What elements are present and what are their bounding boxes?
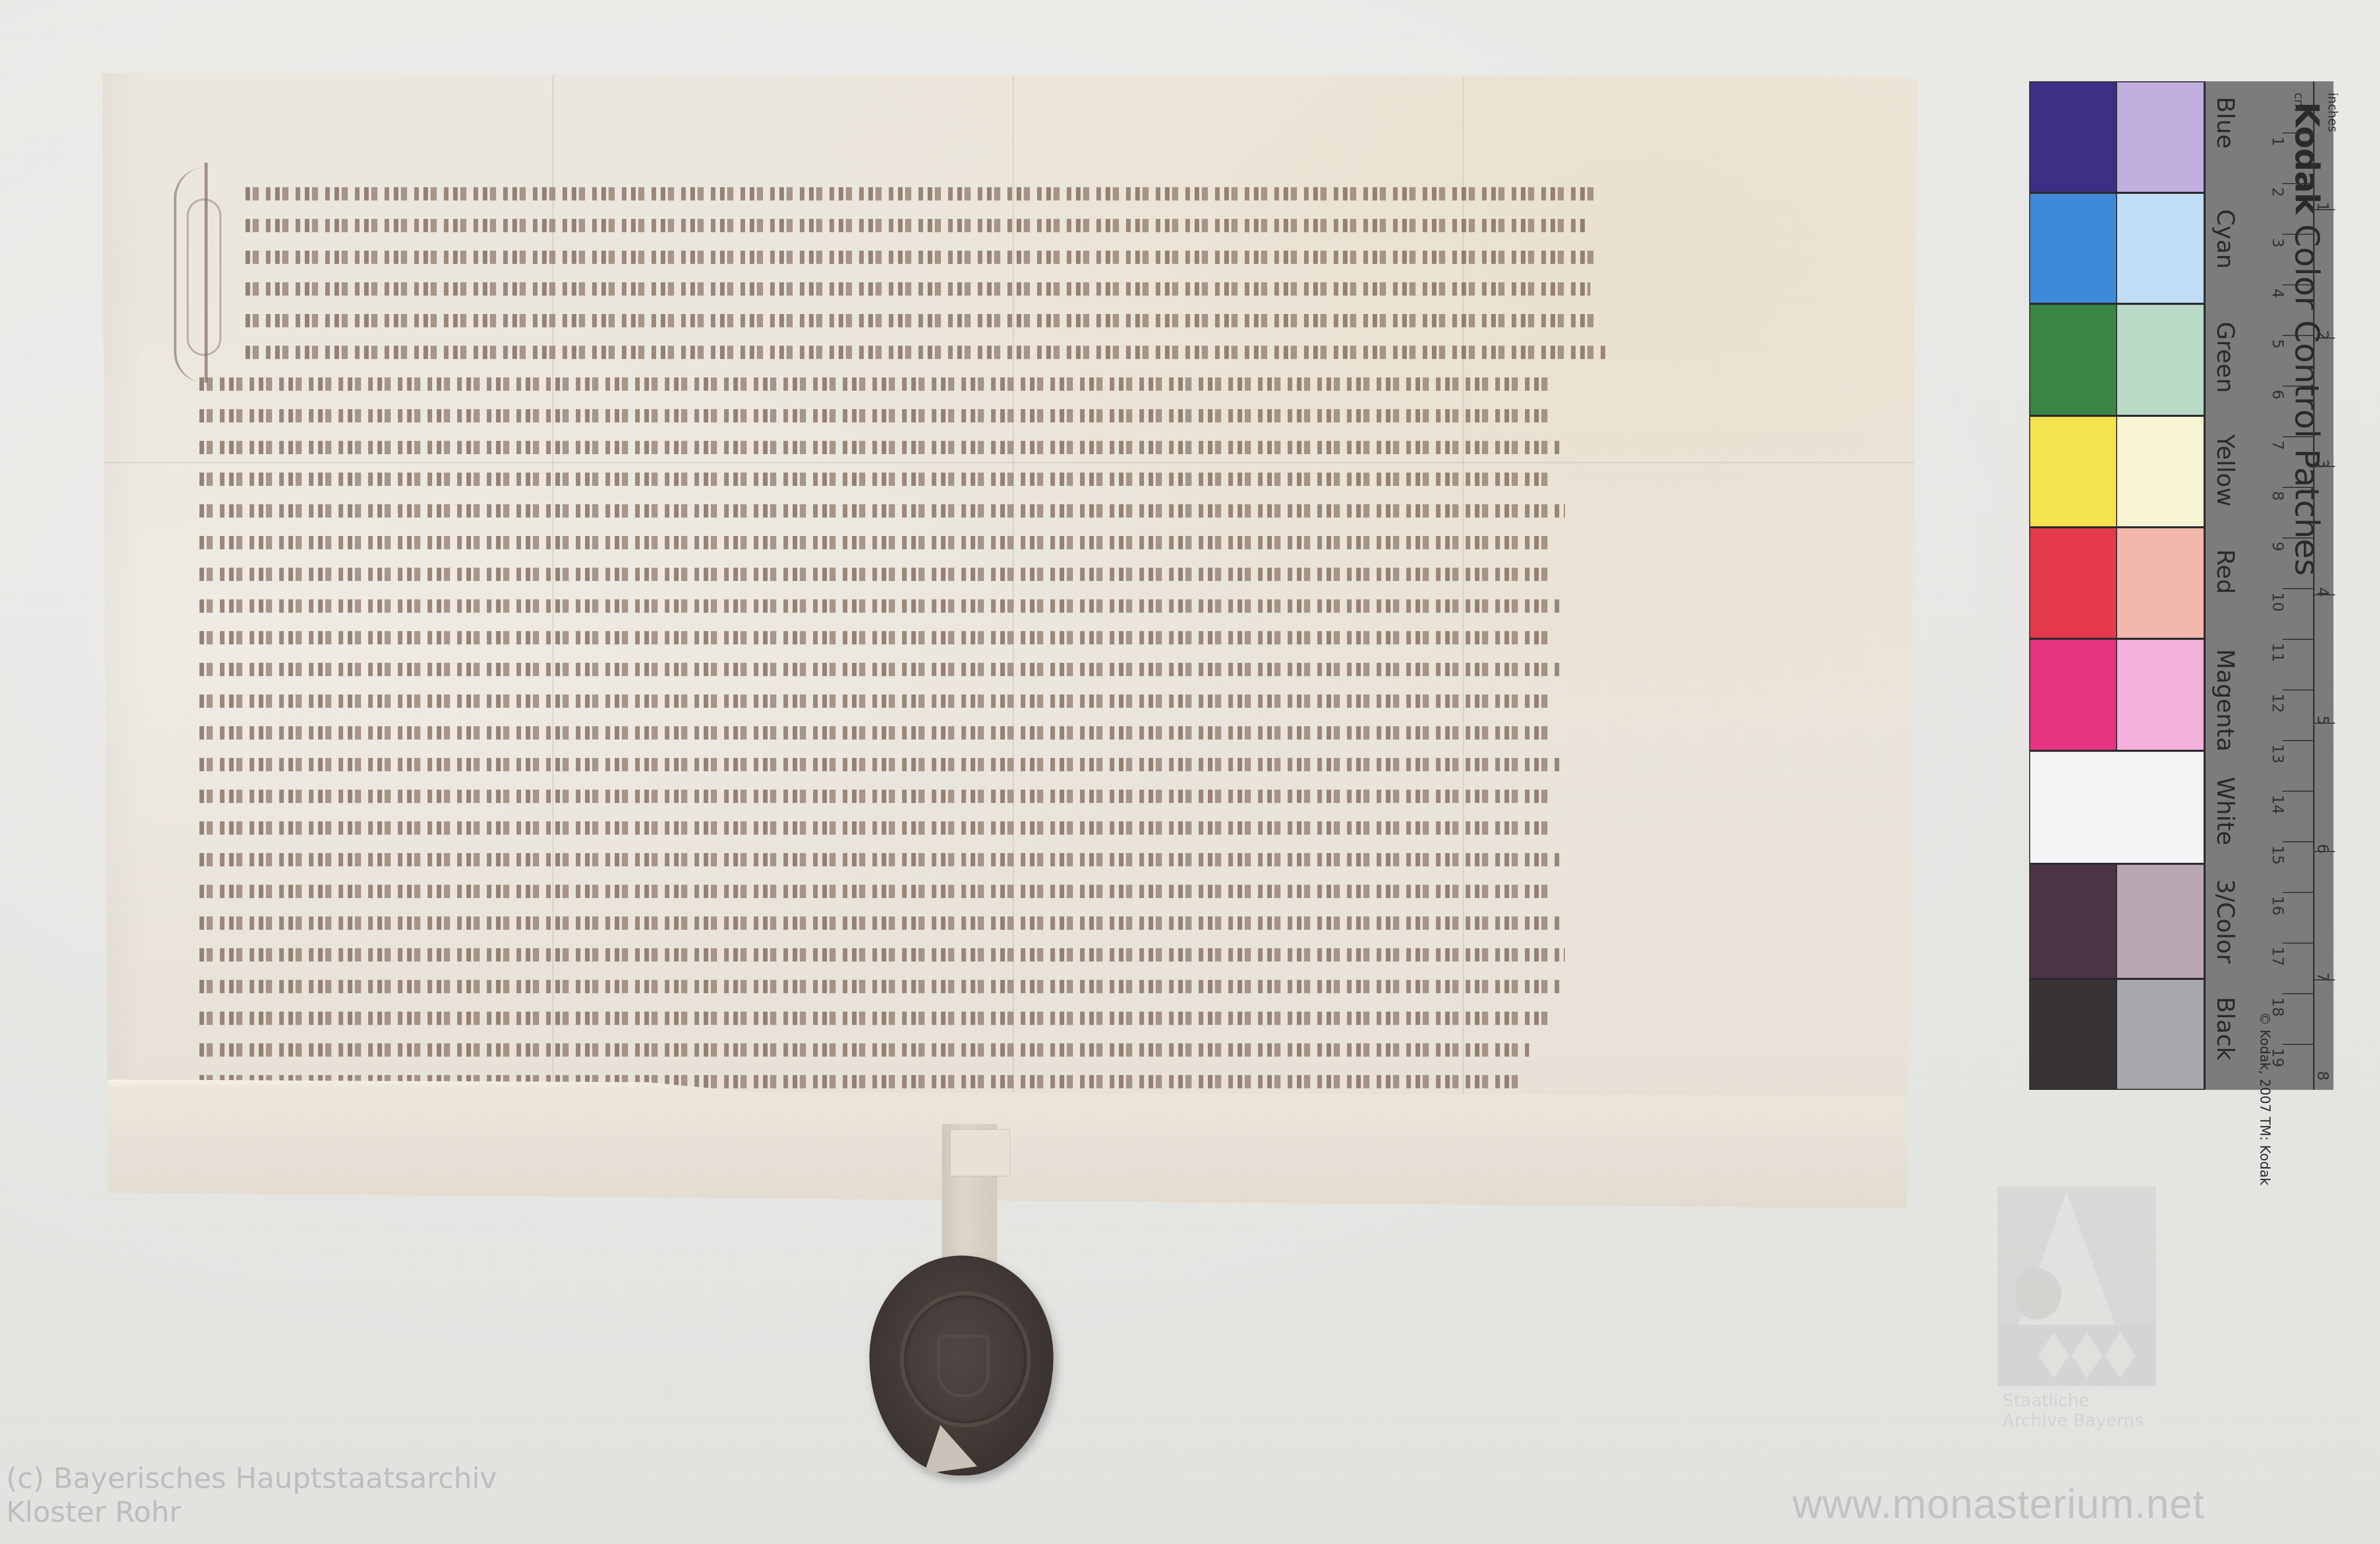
script-line bbox=[199, 437, 1560, 458]
patch-3color-dark bbox=[2029, 864, 2117, 979]
patch-yellow-dark bbox=[2029, 416, 2117, 527]
patch-label: Green bbox=[2214, 322, 2237, 393]
cm-tick-label: 7 bbox=[2269, 440, 2286, 450]
cm-tick-label: 16 bbox=[2269, 896, 2286, 915]
shield-icon bbox=[937, 1335, 990, 1397]
inch-unit-label: inches bbox=[2325, 93, 2340, 132]
kodak-copyright: © Kodak, 2007 TM: Kodak bbox=[2257, 1012, 2272, 1185]
cm-tick-label: 4 bbox=[2269, 288, 2286, 298]
archive-copyright-watermark: (c) Bayerisches Hauptstaatsarchiv Kloste… bbox=[6, 1462, 497, 1529]
patch-cyan-dark bbox=[2029, 193, 2117, 304]
cm-tick-label: 5 bbox=[2269, 339, 2286, 349]
script-line bbox=[245, 215, 1585, 236]
script-line bbox=[199, 532, 1555, 553]
script-line bbox=[245, 342, 1606, 363]
script-line bbox=[199, 976, 1560, 997]
patch-black-light bbox=[2116, 979, 2205, 1090]
charter-text bbox=[179, 183, 1534, 1129]
patch-green-dark bbox=[2029, 304, 2117, 416]
patch-label: Black bbox=[2214, 997, 2237, 1060]
script-line bbox=[199, 659, 1560, 680]
patch-label: Magenta bbox=[2214, 649, 2237, 752]
cm-tick-label: 18 bbox=[2269, 997, 2286, 1017]
patch-blue-light bbox=[2116, 81, 2205, 193]
script-line bbox=[245, 310, 1596, 331]
patch-red-dark bbox=[2029, 527, 2117, 639]
script-line bbox=[199, 944, 1565, 966]
chart-title-text: Color Control Patches bbox=[2287, 224, 2325, 576]
seal-tag-loop bbox=[950, 1129, 1010, 1176]
patch-magenta-dark bbox=[2029, 639, 2117, 751]
cm-tick-label: 8 bbox=[2269, 491, 2286, 501]
cm-tick-label: 12 bbox=[2269, 693, 2286, 713]
patch-yellow-light bbox=[2116, 416, 2205, 527]
script-line bbox=[199, 627, 1555, 648]
inch-tick-label: 7 bbox=[2314, 972, 2331, 982]
script-line bbox=[199, 564, 1550, 585]
cm-tick-label: 10 bbox=[2269, 592, 2286, 612]
cm-tick-label: 11 bbox=[2269, 643, 2286, 662]
kodak-brand: Kodak bbox=[2287, 102, 2325, 214]
chart-label-strip: Kodak Color Control Patches Blue Cyan Gr… bbox=[2204, 81, 2333, 1090]
script-line bbox=[199, 817, 1550, 839]
cm-tick-label: 17 bbox=[2269, 947, 2286, 966]
script-line bbox=[245, 183, 1601, 205]
script-line bbox=[199, 912, 1560, 934]
inch-tick-label: 8 bbox=[2314, 1071, 2331, 1081]
patch-label: Blue bbox=[2214, 97, 2237, 149]
patch-black-dark bbox=[2029, 979, 2117, 1090]
cm-tick-label: 2 bbox=[2269, 187, 2286, 197]
script-line bbox=[199, 690, 1550, 712]
patch-label: Cyan bbox=[2214, 209, 2237, 269]
inch-tick-label: 2 bbox=[2314, 330, 2331, 340]
site-url-watermark: www.monasterium.net bbox=[1792, 1481, 2205, 1528]
cm-tick-label: 14 bbox=[2269, 795, 2286, 814]
script-line bbox=[199, 754, 1560, 775]
logo-text-line2: Archive Bayerns bbox=[2003, 1411, 2144, 1431]
cm-unit-label: cm bbox=[2292, 93, 2306, 111]
patch-label: Red bbox=[2214, 549, 2237, 594]
patch-blue-dark bbox=[2029, 81, 2117, 193]
inch-tick-label: 1 bbox=[2314, 202, 2331, 212]
cm-tick-label: 9 bbox=[2269, 542, 2286, 551]
script-line bbox=[199, 468, 1555, 490]
cm-tick-label: 19 bbox=[2269, 1048, 2286, 1067]
patch-label: 3/Color bbox=[2214, 879, 2237, 964]
wax-seal bbox=[869, 1256, 1053, 1475]
patch-magenta-light bbox=[2116, 639, 2205, 751]
patch-cyan-light bbox=[2116, 193, 2205, 304]
logo-text: Staatliche Archive Bayerns bbox=[2003, 1391, 2144, 1431]
cm-tick-label: 1 bbox=[2269, 137, 2286, 146]
patch-3color-light bbox=[2116, 864, 2205, 979]
script-line bbox=[199, 786, 1555, 807]
decorated-initial bbox=[174, 168, 253, 383]
script-line bbox=[199, 373, 1555, 395]
cm-tick-label: 3 bbox=[2269, 238, 2286, 248]
script-line bbox=[245, 278, 1590, 300]
archive-name: (c) Bayerisches Hauptstaatsarchiv bbox=[6, 1462, 497, 1495]
cm-tick-label: 6 bbox=[2269, 390, 2286, 399]
script-line bbox=[245, 247, 1596, 268]
patch-label: White bbox=[2214, 777, 2237, 845]
cm-tick-label: 13 bbox=[2269, 744, 2286, 764]
cm-tick-label: 15 bbox=[2269, 845, 2286, 865]
seal-damage bbox=[917, 1421, 977, 1474]
script-line bbox=[199, 849, 1560, 870]
kodak-color-chart: Kodak Color Control Patches Blue Cyan Gr… bbox=[2029, 81, 2331, 1090]
script-line bbox=[199, 1008, 1555, 1029]
ruler-baseline bbox=[2313, 81, 2315, 1090]
charter-parchment bbox=[102, 73, 1918, 1209]
script-line bbox=[199, 500, 1565, 522]
script-line bbox=[199, 1039, 1529, 1061]
inch-tick-label: 3 bbox=[2314, 459, 2331, 468]
patch-green-light bbox=[2116, 304, 2205, 416]
inch-tick-label: 6 bbox=[2314, 844, 2331, 854]
fonds-name: Kloster Rohr bbox=[6, 1495, 497, 1529]
script-line bbox=[199, 595, 1560, 617]
script-line bbox=[199, 722, 1555, 744]
script-line bbox=[199, 881, 1555, 902]
patch-label: Yellow bbox=[2214, 434, 2237, 507]
plica-fold bbox=[102, 1080, 1918, 1209]
script-line bbox=[199, 405, 1550, 427]
inch-tick-label: 5 bbox=[2314, 715, 2331, 725]
patch-white bbox=[2029, 751, 2205, 864]
archive-logo-watermark: Staatliche Archive Bayerns bbox=[1997, 1187, 2156, 1463]
logo-text-line1: Staatliche bbox=[2003, 1391, 2144, 1411]
inch-tick-label: 4 bbox=[2314, 587, 2331, 597]
patch-red-light bbox=[2116, 527, 2205, 639]
